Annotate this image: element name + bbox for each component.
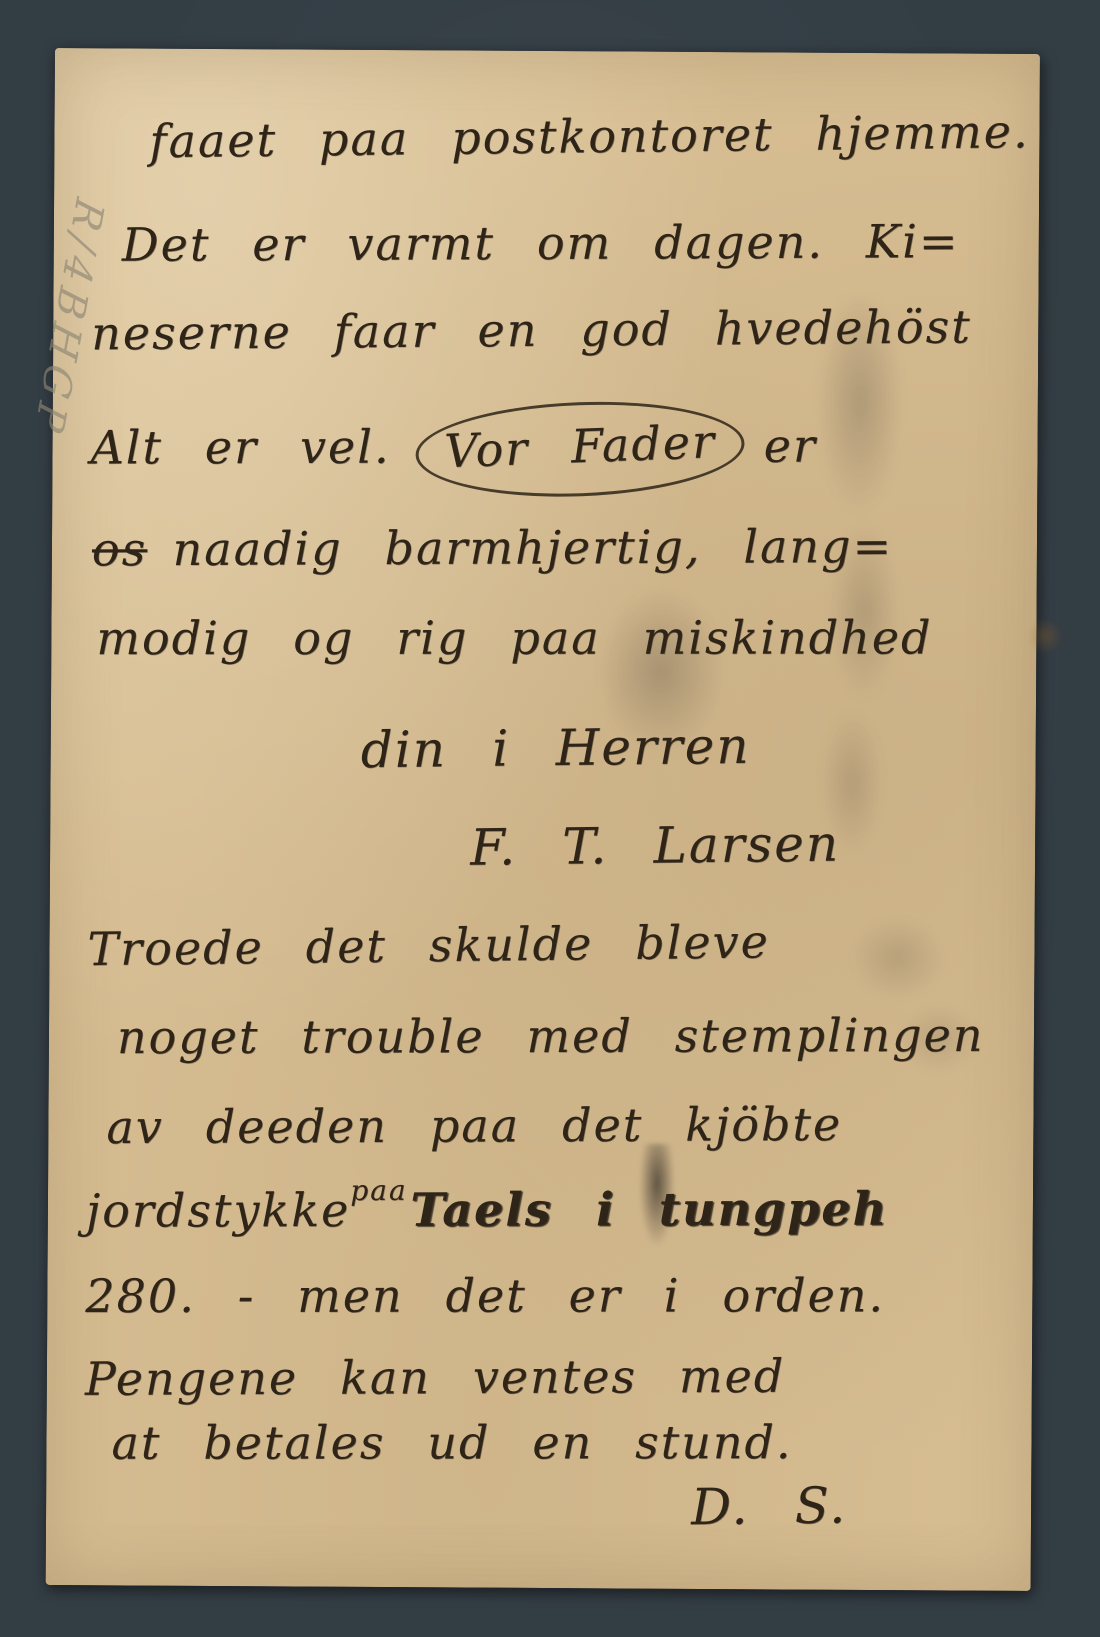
handwriting-line: Alt er vel.Vor Faderer	[90, 402, 842, 498]
handwriting-segment: naadig barmhjertig, lang=	[172, 519, 893, 576]
handwriting-line: av deeden paa det kjöbte	[106, 1097, 842, 1154]
handwriting-line: 280. - men det er i orden.	[85, 1268, 885, 1323]
handwriting-line: at betales ud en stund.	[111, 1415, 792, 1470]
handwriting-segment: Taels i tungpeh	[410, 1182, 888, 1237]
ink-smudge	[829, 898, 1000, 1099]
handwriting-line: neserne faar en god hvedehöst	[91, 299, 972, 360]
handwriting-line: faaet paa postkontoret hjemme.	[149, 104, 1030, 168]
paper-stain	[1026, 619, 1064, 653]
handwriting-line: Troede det skulde bleve	[87, 914, 770, 976]
signature-initials: D. S.	[691, 1477, 848, 1537]
handwriting-line: Pengene kan ventes med	[85, 1349, 786, 1406]
struck-word: os	[92, 522, 148, 576]
handwriting-line: din i Herren	[360, 717, 750, 779]
ink-smudge	[802, 298, 915, 869]
circle-annotation: Vor Fader	[414, 396, 747, 502]
photo-background: R/4BHGP faaet paa postkontoret hjemme. D…	[0, 0, 1100, 1637]
handwriting-line: noget trouble med stemplingen	[117, 1008, 985, 1064]
handwriting-line: jordstykkepaaTaels i tungpeh	[86, 1182, 888, 1238]
handwriting-line: modig og rig paa miskindhed	[96, 610, 932, 665]
handwriting-line: osnaadig barmhjertig, lang=	[92, 519, 893, 576]
postcard: R/4BHGP faaet paa postkontoret hjemme. D…	[46, 48, 1040, 1591]
handwriting-segment: er	[764, 419, 817, 473]
handwriting-segment: Vor Fader	[444, 414, 717, 478]
inserted-word: paa	[350, 1174, 407, 1207]
handwriting-line: Det er varmt om dagen. Ki=	[122, 214, 960, 272]
handwriting-segment: Alt er vel.	[90, 420, 390, 475]
handwriting-segment: jordstykke	[86, 1183, 351, 1238]
signature-line: F. T. Larsen	[470, 815, 840, 877]
